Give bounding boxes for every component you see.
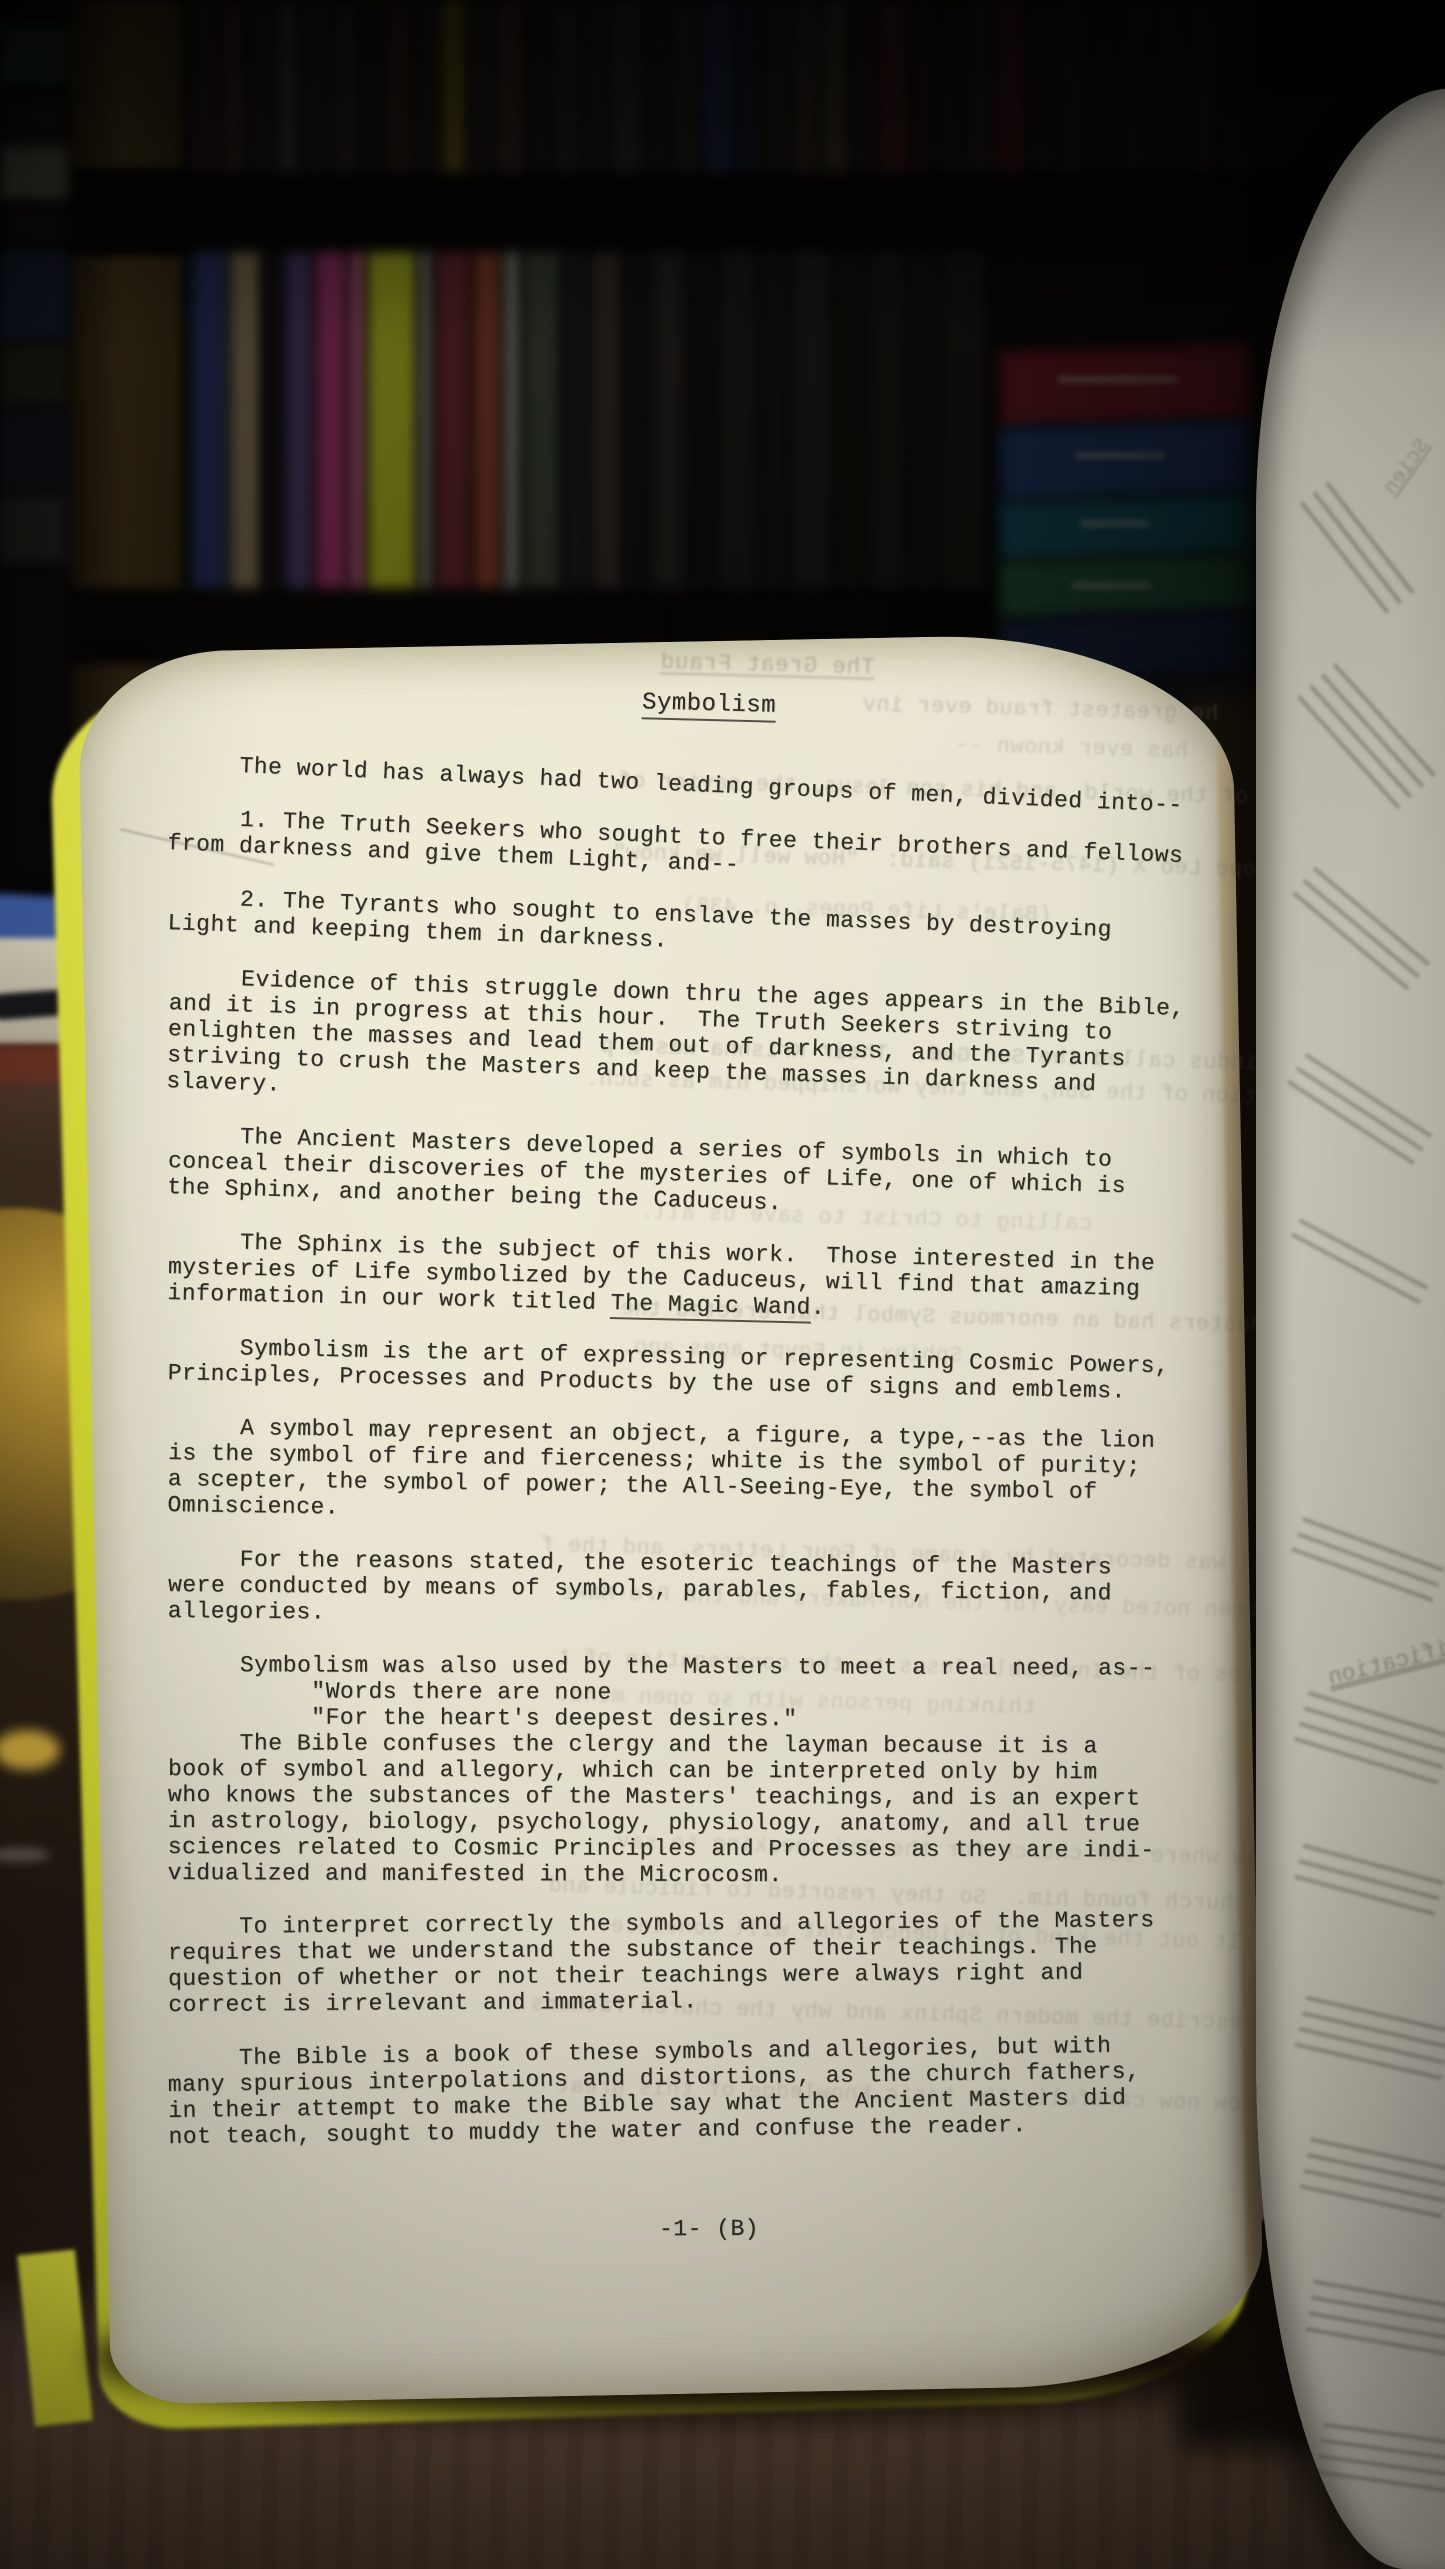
paragraph: 1. The Truth Seekers who sought to free … [167,804,1250,897]
photo-stage: The Great Fraudhe greatest fraud ever in… [0,0,1445,2569]
page-number: -1- (B) [168,2213,1250,2245]
facing-page-text-lines [1294,1832,1445,1916]
facing-page-text-lines [1306,2268,1445,2356]
typed-line: who knows the substances of the Masters'… [168,1782,1250,1812]
facing-page-text-lines [1300,474,1424,614]
typed-text: Symbolism The world has always had two l… [168,692,1250,2242]
typed-line: The Bible confuses the clergy and the la… [168,1730,1250,1760]
paragraph: Symbolism was also used by the Masters t… [168,1652,1251,1890]
typed-line: "For the heart's deepest desires." [168,1704,1250,1734]
paragraph: For the reasons stated, the esoteric tea… [168,1546,1251,1633]
paragraph: The Sphinx is the subject of this work. … [167,1228,1250,1331]
typed-line: book of symbol and allegory, which can b… [168,1756,1250,1786]
facing-page-text-lines [1295,1984,1445,2080]
paragraph: The Bible is a book of these symbols and… [167,2031,1250,2150]
facing-page-text-lines [1300,2126,1445,2219]
facing-page-text-lines [1287,1043,1439,1165]
facing-page-top-word: Scien [1380,435,1435,500]
facing-page-heading: Amplification [1326,1623,1445,1692]
paragraphs: The world has always had two leading gro… [168,750,1250,2150]
paragraph: The Ancient Masters developed a series o… [167,1122,1251,1228]
facing-page-text-lines [1291,1506,1445,1602]
paragraph: Evidence of this struggle down thru the … [166,964,1252,1128]
facing-page-text-lines [1292,857,1438,990]
typed-line: in astrology, biology, psychology, physi… [168,1808,1250,1838]
facing-page-text-lines [1291,1208,1434,1304]
ghost-line: The Great Fraud [660,649,875,681]
typed-line: "Words there are none [168,1678,1250,1708]
paragraph: 2. The Tyrants who sought to enslave the… [167,884,1250,974]
paragraph: A symbol may represent an object, a figu… [167,1414,1250,1533]
facing-page-curl: AmplificationScien [1256,88,1445,2569]
facing-page-text-lines [1297,655,1445,809]
paragraph: To interpret correctly the symbols and a… [168,1906,1251,2018]
typed-line: Symbolism was also used by the Masters t… [168,1652,1250,1682]
facing-page-text-lines [1316,2411,1445,2494]
paragraph: Symbolism is the art of expressing or re… [168,1334,1251,1407]
typed-line: vidualized and manifested in the Microco… [168,1860,1250,1890]
typed-line: sciences related to Cosmic Principles an… [168,1834,1250,1864]
underlined-work-title: The Magic Wand [610,1290,811,1324]
page-title-text: Symbolism [642,689,777,723]
facing-page-text-lines [1294,1679,1445,1784]
